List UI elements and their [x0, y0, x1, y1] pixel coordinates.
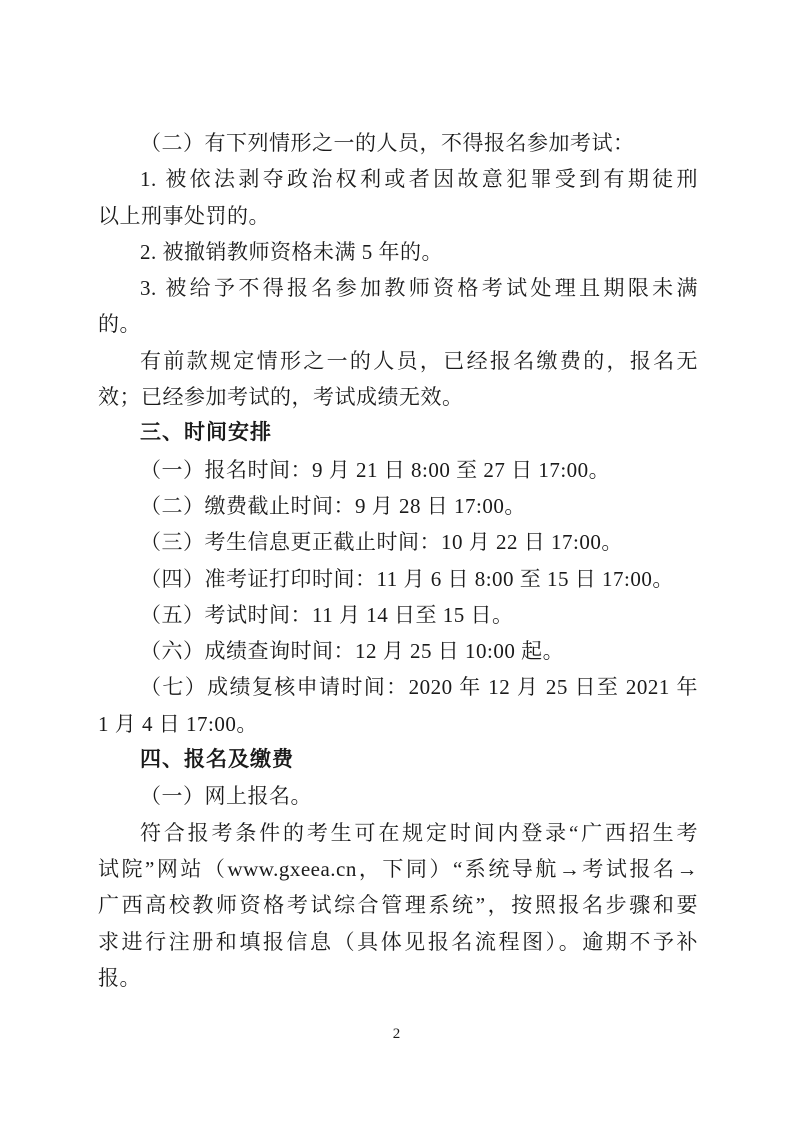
text-line: （三）考生信息更正截止时间：10 月 22 日 17:00。	[98, 524, 698, 560]
text-line: （四）准考证打印时间：11 月 6 日 8:00 至 15 日 17:00。	[98, 561, 698, 597]
text-line: 的。	[98, 306, 698, 342]
text-line: 1. 被依法剥夺政治权利或者因故意犯罪受到有期徒刑	[98, 161, 698, 197]
text-line: （七）成绩复核申请时间：2020 年 12 月 25 日至 2021 年	[98, 669, 698, 705]
text-line: （一）网上报名。	[98, 778, 698, 814]
text-line: 报。	[98, 960, 698, 996]
page-number: 2	[0, 1024, 793, 1044]
text-line: 试院”网站（www.gxeea.cn，下同）“系统导航→考试报名→	[98, 851, 698, 887]
text-line: （五）考试时间：11 月 14 日至 15 日。	[98, 597, 698, 633]
text-line: （一）报名时间：9 月 21 日 8:00 至 27 日 17:00。	[98, 452, 698, 488]
text-line: 符合报考条件的考生可在规定时间内登录“广西招生考	[98, 815, 698, 851]
section-heading-registration-payment: 四、报名及缴费	[98, 742, 698, 778]
document-body: （二）有下列情形之一的人员，不得报名参加考试： 1. 被依法剥夺政治权利或者因故…	[98, 125, 698, 996]
text-line: （六）成绩查询时间：12 月 25 日 10:00 起。	[98, 633, 698, 669]
text-line: 以上刑事处罚的。	[98, 198, 698, 234]
text-line: 2. 被撤销教师资格未满 5 年的。	[98, 234, 698, 270]
text-line: 效；已经参加考试的，考试成绩无效。	[98, 379, 698, 415]
text-line: 广西高校教师资格考试综合管理系统”，按照报名步骤和要	[98, 887, 698, 923]
text-line: 求进行注册和填报信息（具体见报名流程图）。逾期不予补	[98, 924, 698, 960]
text-line: 3. 被给予不得报名参加教师资格考试处理且期限未满	[98, 270, 698, 306]
text-line: （二）有下列情形之一的人员，不得报名参加考试：	[98, 125, 698, 161]
text-line: （二）缴费截止时间：9 月 28 日 17:00。	[98, 488, 698, 524]
text-line: 有前款规定情形之一的人员，已经报名缴费的，报名无	[98, 343, 698, 379]
document-page: （二）有下列情形之一的人员，不得报名参加考试： 1. 被依法剥夺政治权利或者因故…	[0, 0, 793, 1122]
text-line: 1 月 4 日 17:00。	[98, 706, 698, 742]
section-heading-time-schedule: 三、时间安排	[98, 415, 698, 451]
